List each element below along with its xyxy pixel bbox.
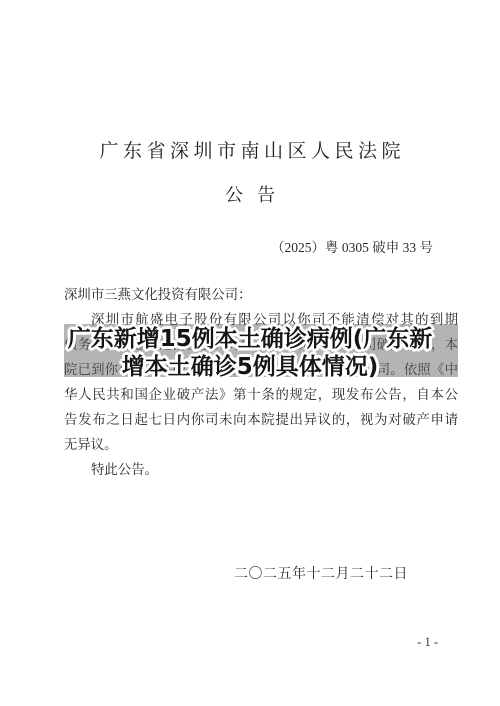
court-title: 广东省深圳市南山区人民法院	[0, 136, 500, 163]
document-body: 深圳市三燕文化投资有限公司： 深圳市航盛电子股份有限公司以你司不能清偿对其的到期…	[64, 282, 458, 482]
recipient-line: 深圳市三燕文化投资有限公司：	[64, 282, 458, 307]
doc-type-heading: 公告	[0, 181, 500, 207]
page-number: - 1 -	[417, 635, 438, 650]
body-line: 华人民共和国企业破产法》第十条的规定，现发布公告，自本公	[64, 382, 458, 407]
announcement-page: 广东省深圳市南山区人民法院 公告 （2025）粤 0305 破申 33 号 深圳…	[0, 0, 500, 706]
headline-line-2: 增本土确诊5例具体情况)	[0, 354, 500, 382]
case-number: （2025）粤 0305 破申 33 号	[271, 236, 433, 256]
closing-line: 特此公告。	[64, 457, 458, 482]
body-line: 无异议。	[64, 432, 458, 457]
headline-overlay-title: 广东新增15例本土确诊病例(广东新 增本土确诊5例具体情况)	[0, 326, 500, 381]
date-line: 二〇二五年十二月二十二日	[234, 563, 408, 583]
headline-line-1: 广东新增15例本土确诊病例(广东新	[0, 326, 500, 354]
body-line: 告发布之日起七日内你司未向本院提出异议的，视为对破产申请	[64, 407, 458, 432]
